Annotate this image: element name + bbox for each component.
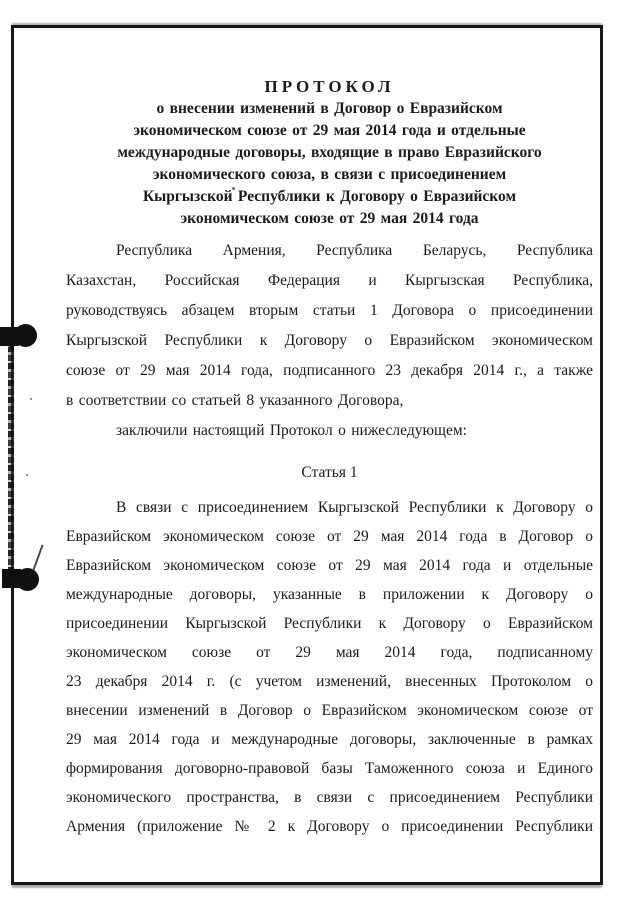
subtitle-line: экономического союза, в связи с присоеди…	[66, 164, 593, 186]
subtitle-line: экономическом союзе от 29 мая 2014 года …	[66, 120, 593, 142]
paragraph-line: руководствуясь абзацем вторым статьи 1 Д…	[66, 296, 593, 326]
scan-speck	[30, 398, 32, 400]
paragraph-line: внесении изменений в Договор о Евразийск…	[66, 696, 593, 725]
paragraph-line: присоединении Кыргызской Республики к До…	[66, 609, 593, 638]
paragraph-line: международные договоры, указанные в прил…	[66, 580, 593, 609]
paragraph-line: Республика Армения, Республика Беларусь,…	[66, 236, 593, 266]
document-subtitle: о внесении изменений в Договор о Евразий…	[66, 98, 593, 230]
paragraph-line: 29 мая 2014 года и международные договор…	[66, 725, 593, 754]
binding-fastener-top	[0, 324, 40, 350]
document-heading: ПРОТОКОЛ	[66, 75, 593, 98]
paragraph-line: Евразийском экономическом союзе от 29 ма…	[66, 522, 593, 551]
paragraph-line: Армения (приложение № 2 к Договору о при…	[66, 812, 593, 841]
paragraph-line: Кыргызской Республики к Договору о Евраз…	[66, 326, 593, 356]
paragraph-line: заключили настоящий Протокол о нижеследу…	[66, 416, 593, 446]
scan-speck	[232, 187, 235, 190]
paragraph-line: в соответствии со статьей 8 указанного Д…	[66, 386, 593, 416]
preamble-paragraph: Республика Армения, Республика Беларусь,…	[66, 236, 593, 446]
scan-speck	[26, 474, 28, 476]
paragraph-line: экономического пространства, в связи с п…	[66, 783, 593, 812]
page-border-frame: ПРОТОКОЛ о внесении изменений в Договор …	[11, 25, 603, 885]
fastener-head-circle	[16, 568, 39, 591]
subtitle-line: Кыргызской Республики к Договору о Евраз…	[66, 186, 593, 208]
fastener-head-circle	[14, 324, 37, 347]
paragraph-line: Евразийском экономическом союзе от 29 ма…	[66, 551, 593, 580]
binding-edge-texture	[8, 346, 14, 570]
paragraph-line: экономическом союзе от 29 мая 2014 года,…	[66, 638, 593, 667]
subtitle-line: международные договоры, входящие в право…	[66, 142, 593, 164]
article-1-heading: Статья 1	[66, 458, 593, 488]
paragraph-line: 23 декабря 2014 г. (с учетом изменений, …	[66, 667, 593, 696]
paragraph-line: союзе от 29 мая 2014 года, подписанного …	[66, 356, 593, 386]
scanned-document-page: ПРОТОКОЛ о внесении изменений в Договор …	[0, 0, 640, 905]
article-1-paragraph: В связи с присоединением Кыргызской Респ…	[66, 493, 593, 841]
paragraph-line: формирования договорно-правовой базы Там…	[66, 754, 593, 783]
paragraph-line: В связи с присоединением Кыргызской Респ…	[66, 493, 593, 522]
document-content: ПРОТОКОЛ о внесении изменений в Договор …	[66, 28, 593, 882]
subtitle-line: о внесении изменений в Договор о Евразий…	[66, 98, 593, 120]
paragraph-line: Казахстан, Российская Федерация и Кыргыз…	[66, 266, 593, 296]
subtitle-line: экономическом союзе от 29 мая 2014 года	[66, 208, 593, 230]
